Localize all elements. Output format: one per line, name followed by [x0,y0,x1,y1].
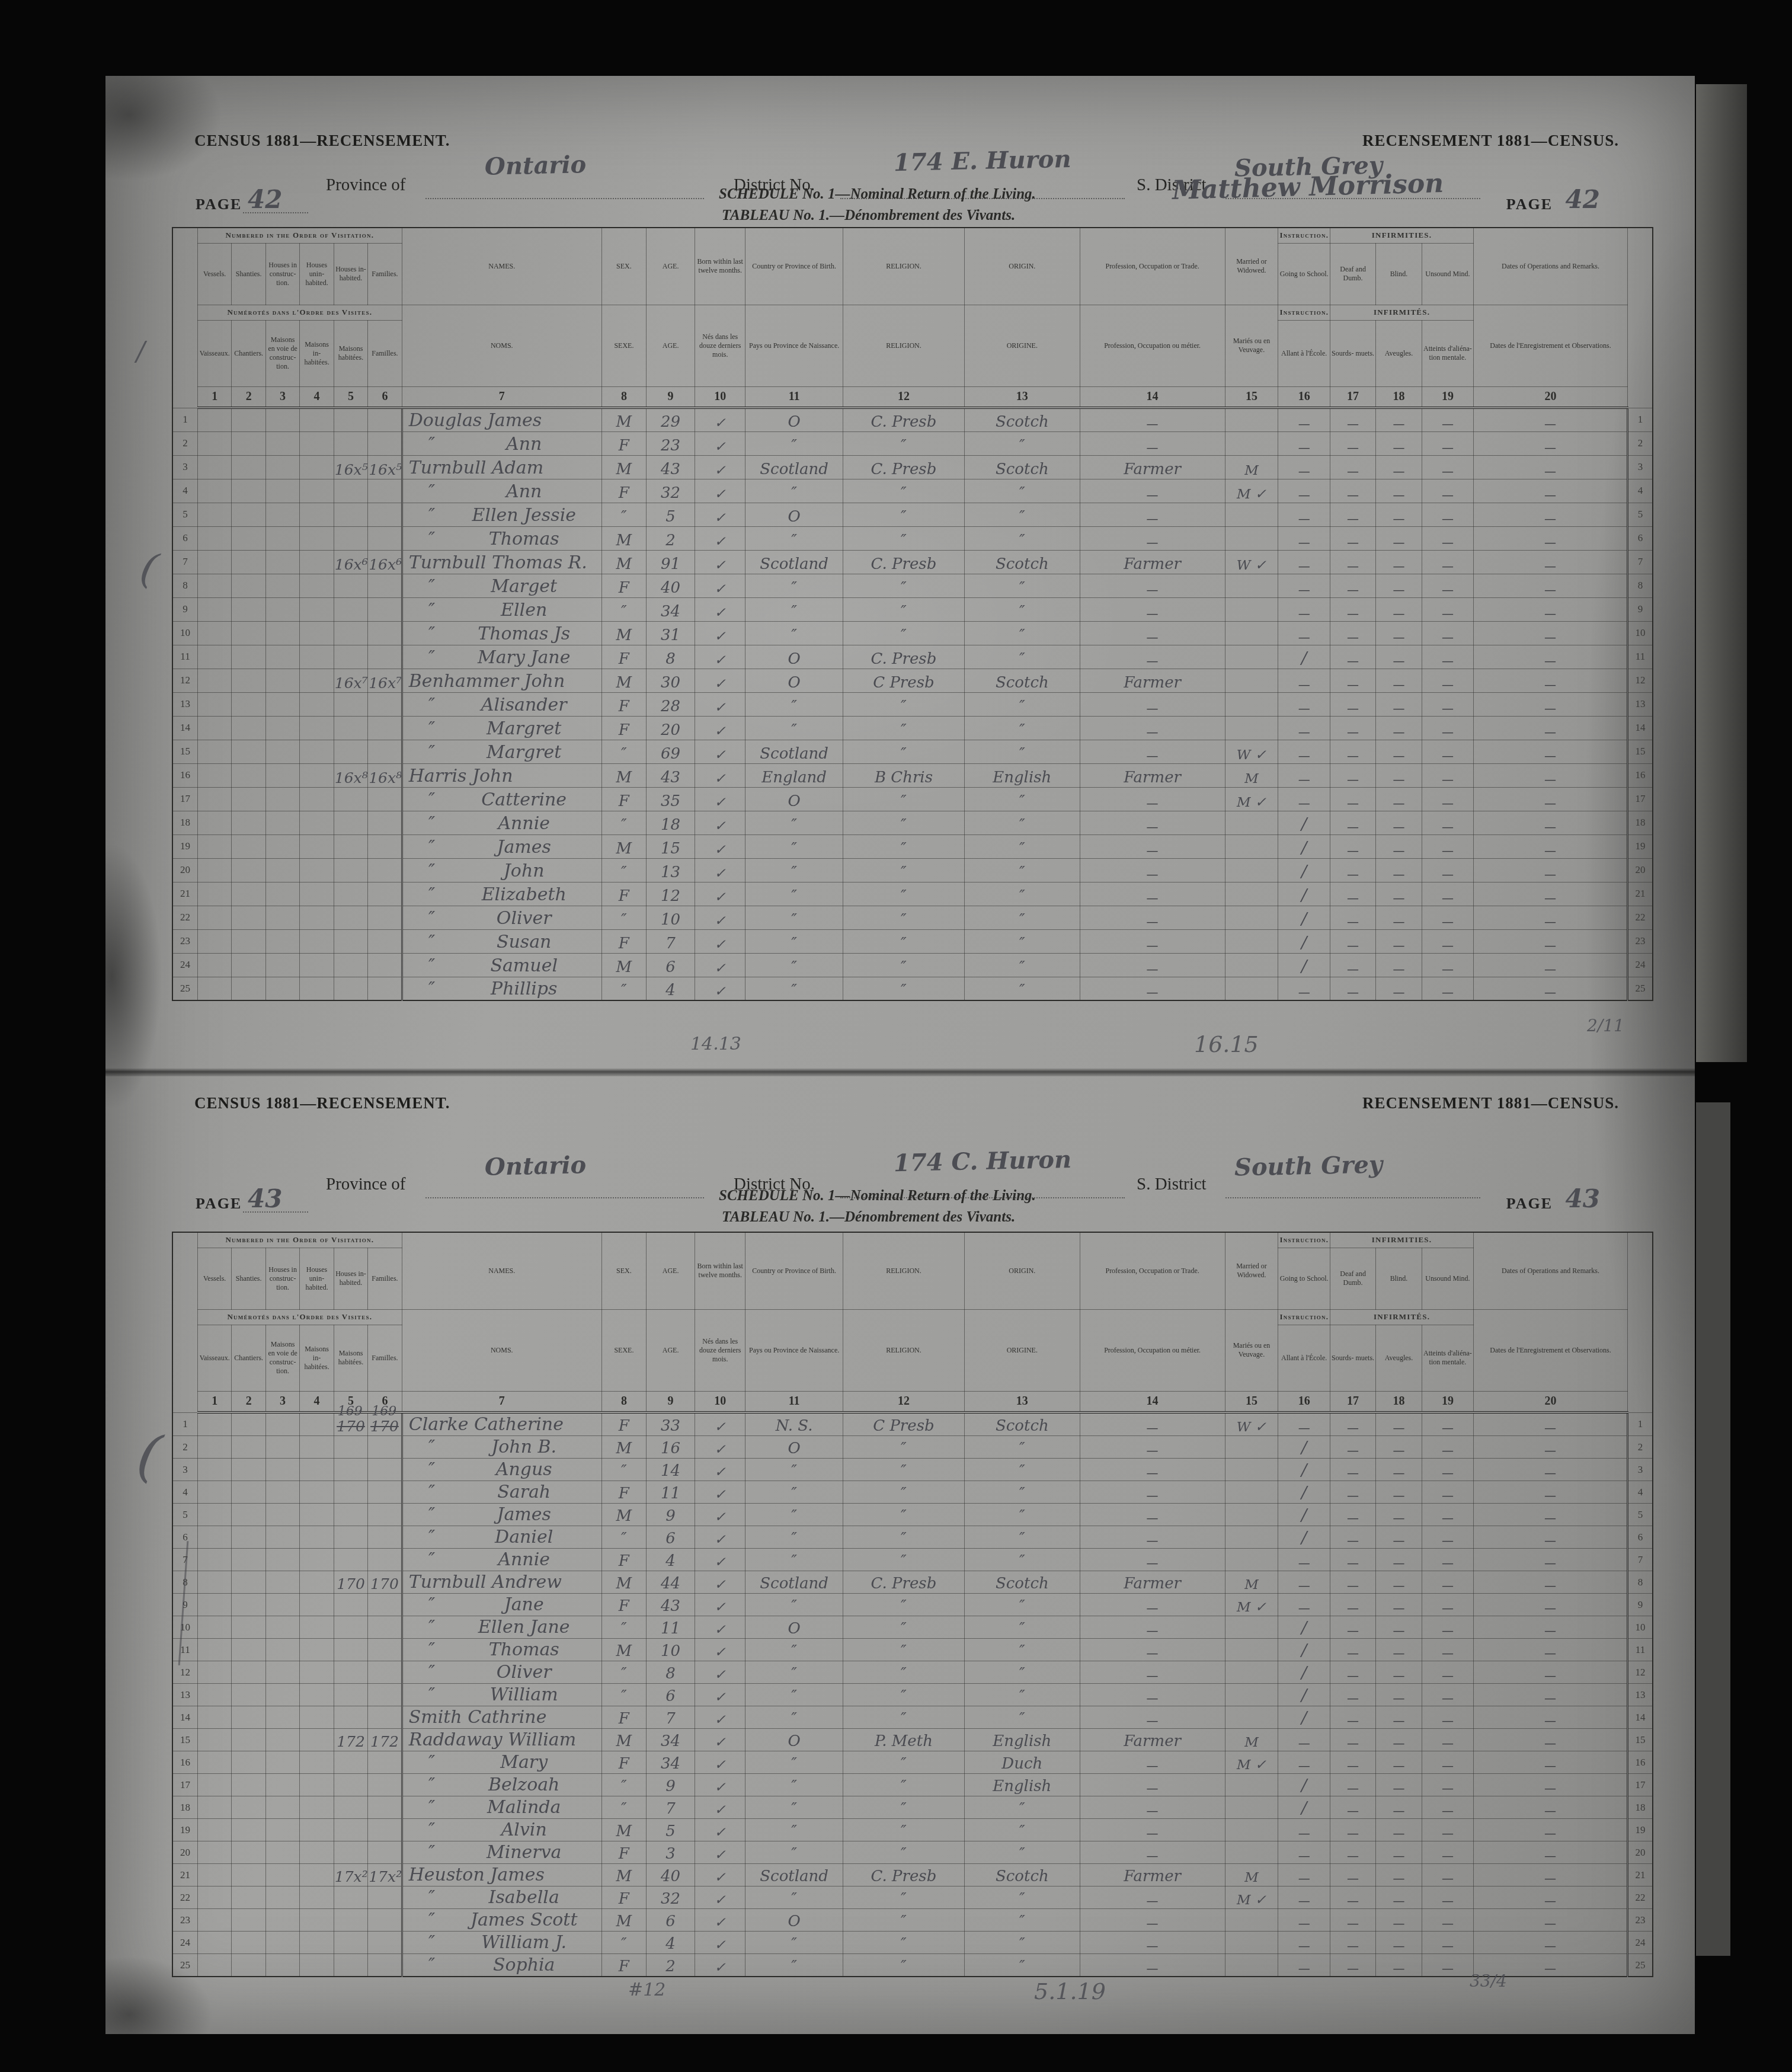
cell-family-number: 172 [368,1729,402,1751]
empty-cell [300,977,334,1000]
ditto-mark: ″ [409,908,455,929]
cell-birth-country: O [745,1616,843,1639]
cell-remarks: — [1474,1481,1628,1504]
empty-cell [232,621,265,645]
cell-age: 11 [646,1616,695,1639]
given-name: Thomas [455,1639,593,1660]
empty-cell [300,408,334,431]
cell-family-number [368,503,402,526]
struck-value: 170 [337,1418,365,1435]
cell-occupation: — [1080,431,1225,455]
census-record-row: 21″ElizabethF12✓″″″—/————21 [172,882,1653,906]
book-edge [1696,1102,1730,1956]
cell-origin: ″ [964,526,1080,550]
cell-unsound-mind: — [1422,763,1473,787]
census-record-row: 15172172Raddaway WilliamM34✓OP. MethEngl… [172,1729,1653,1751]
row-number-right: 23 [1627,929,1653,953]
ditto-mark: ″ [409,695,455,715]
corrected-value: 169 [338,1404,363,1419]
empty-cell [232,550,265,574]
row-number-right: 18 [1627,811,1653,834]
empty-cell [232,1504,265,1526]
cell-occupation: — [1080,882,1225,906]
cell-married-widowed [1225,597,1278,621]
cell-family-number [368,1594,402,1616]
cell-going-to-school: / [1278,1774,1330,1796]
cell-birth-country: ″ [745,597,843,621]
empty-cell [197,431,231,455]
cell-married-widowed: M [1225,763,1278,787]
cell-born-within-year: ✓ [695,834,745,858]
empty-cell [232,1886,265,1909]
cell-age: 16 [646,1436,695,1459]
row-number-right: 4 [1627,479,1653,503]
cell-religion: ″ [843,882,965,906]
cell-married-widowed: M [1225,1571,1278,1594]
cell-age: 2 [646,526,695,550]
cell-occupation: — [1080,1481,1225,1504]
cell-remarks: — [1474,1526,1628,1549]
cell-deaf-and-dumb: — [1330,1954,1375,1977]
census-record-row: 19″JamesM15✓″″″—/————19 [172,834,1653,858]
page-underline-left [243,1191,308,1213]
cell-origin: ″ [964,1616,1080,1639]
footer-annotation-center: 16.15 [1194,1031,1259,1057]
cell-born-within-year: ✓ [695,1504,745,1526]
empty-cell [265,1886,299,1909]
cell-birth-country: ″ [745,574,843,597]
cell-occupation: — [1080,1661,1225,1684]
col-header-fr-born: Nés dans les douze derniers mois. [695,1309,745,1391]
census-record-row: 4″AnnF32✓″″″—M ✓—————4 [172,479,1653,503]
cell-religion: ″ [843,479,965,503]
row-number-right: 7 [1627,1549,1653,1571]
cell-married-widowed: W ✓ [1225,1412,1278,1436]
empty-cell [265,929,299,953]
empty-cell [197,1841,231,1864]
cell-house-number [334,1661,367,1684]
col-header-sex: SEX. [601,228,646,305]
ditto-mark: ″ [409,529,455,549]
cell-remarks: — [1474,597,1628,621]
cell-occupation: — [1080,1954,1225,1977]
empty-cell [232,1661,265,1684]
row-number-left: 25 [172,1954,197,1977]
pencil-mark: ( [133,1421,166,1491]
empty-cell [265,1504,299,1526]
page-number-right: 43 [1566,1184,1600,1213]
cell-married-widowed [1225,811,1278,834]
schedule-line-fr: TABLEAU No. 1.—Dénombrement des Vivants. [722,1209,1015,1226]
empty-cell [300,882,334,906]
cell-unsound-mind: — [1422,1639,1473,1661]
empty-cell [197,716,231,740]
row-number-left: 20 [172,1841,197,1864]
cell-birth-country: ″ [745,431,843,455]
given-name: Alvin [455,1820,593,1840]
cell-born-within-year: ✓ [695,1706,745,1729]
cell-married-widowed [1225,408,1278,431]
cell-age: 34 [646,1751,695,1774]
given-name: Annie [455,813,593,834]
cell-age: 12 [646,882,695,906]
row-number-left: 18 [172,1796,197,1819]
cell-name: ″Minerva [402,1841,601,1864]
empty-cell [265,503,299,526]
empty-cell [232,716,265,740]
cell-age: 6 [646,1684,695,1706]
row-number-right: 11 [1627,645,1653,669]
infirmity-col-header-fr-2: Aveugles. [1376,320,1422,386]
empty-cell [300,597,334,621]
cell-married-widowed [1225,1684,1278,1706]
col-header-married: Married or Widowed. [1225,1232,1278,1309]
row-number-right: 2 [1627,1436,1653,1459]
col-header-fr-age: AGE. [646,305,695,386]
row-number-right: 12 [1627,1661,1653,1684]
cell-family-number [368,811,402,834]
census-record-row: 5″Ellen Jessie″5✓O″″——————5 [172,503,1653,526]
empty-cell [232,1932,265,1954]
cell-occupation: — [1080,929,1225,953]
given-name: Susan [455,932,593,952]
cell-going-to-school: — [1278,479,1330,503]
cell-origin: Scotch [964,669,1080,692]
row-number-left: 22 [172,906,197,929]
cell-remarks: — [1474,811,1628,834]
cell-name: ″Marget [402,574,601,597]
cell-age: 69 [646,740,695,763]
cell-deaf-and-dumb: — [1330,408,1375,431]
cell-house-number [334,1909,367,1932]
cell-remarks: — [1474,550,1628,574]
cell-age: 43 [646,763,695,787]
cell-married-widowed [1225,645,1278,669]
infirmity-col-header-fr-1: Sourds- muets. [1330,1325,1375,1391]
empty-cell [265,1954,299,1977]
cell-name: ″Thomas [402,1639,601,1661]
cell-religion: C. Presb [843,1571,965,1594]
given-name: Marget [455,576,593,597]
cell-going-to-school: — [1278,1909,1330,1932]
cell-remarks: — [1474,692,1628,716]
ditto-mark: ″ [409,1437,455,1457]
cell-remarks: — [1474,1886,1628,1909]
cell-married-widowed [1225,503,1278,526]
cell-sex: ″ [601,1526,646,1549]
empty-cell [265,1661,299,1684]
cell-deaf-and-dumb: — [1330,1886,1375,1909]
cell-family-number [368,1796,402,1819]
empty-cell [232,1684,265,1706]
given-name: Belzoah [455,1774,593,1795]
given-name: Isabella [455,1887,593,1908]
cell-going-to-school: / [1278,882,1330,906]
cell-occupation: — [1080,479,1225,503]
cell-birth-country: O [745,669,843,692]
cell-unsound-mind: — [1422,1436,1473,1459]
column-number-12: 12 [843,386,965,408]
col-header-fr-married: Mariés ou en Veuvage. [1225,305,1278,386]
cell-occupation: Farmer [1080,1729,1225,1751]
cell-name: Turnbull Andrew [402,1571,601,1594]
cell-name: ″Jane [402,1594,601,1616]
cell-origin: ″ [964,431,1080,455]
empty-cell [232,929,265,953]
empty-cell [197,1729,231,1751]
col-header-remarks: Dates of Operations and Remarks. [1474,1232,1628,1309]
row-number-left: 13 [172,692,197,716]
sdistrict-underline [1225,1175,1480,1198]
cell-birth-country: ″ [745,977,843,1000]
cell-born-within-year: ✓ [695,621,745,645]
cell-married-widowed [1225,1909,1278,1932]
cell-sex: ″ [601,811,646,834]
cell-house-number: 16x⁸ [334,763,367,787]
cell-occupation: — [1080,1639,1225,1661]
cell-origin: ″ [964,1661,1080,1684]
empty-cell [265,669,299,692]
empty-cell [300,1841,334,1864]
cell-remarks: — [1474,1819,1628,1841]
census-record-row: 22″Oliver″10✓″″″—/————22 [172,906,1653,929]
col-header-fr-sex: SEXE. [601,305,646,386]
cell-blind: — [1376,929,1422,953]
cell-religion: ″ [843,1796,965,1819]
cell-going-to-school: / [1278,1436,1330,1459]
empty-cell [265,882,299,906]
cell-sex: ″ [601,977,646,1000]
cell-deaf-and-dumb: — [1330,550,1375,574]
row-number-right: 8 [1627,1571,1653,1594]
empty-cell [197,526,231,550]
cell-unsound-mind: — [1422,597,1473,621]
visit-col-header-fr-1: Vaisseaux. [197,1325,231,1391]
cell-going-to-school: — [1278,408,1330,431]
cell-deaf-and-dumb: — [1330,1571,1375,1594]
cell-remarks: — [1474,787,1628,811]
col-header-born: Born within last twelve months. [695,1232,745,1309]
cell-deaf-and-dumb: — [1330,858,1375,882]
cell-remarks: — [1474,503,1628,526]
cell-occupation: — [1080,787,1225,811]
cell-deaf-and-dumb: — [1330,1684,1375,1706]
cell-name: Harris John [402,763,601,787]
row-number-right: 1 [1627,408,1653,431]
cell-remarks: — [1474,1864,1628,1886]
cell-married-widowed: M ✓ [1225,479,1278,503]
row-number-right: 24 [1627,953,1653,977]
cell-family-number: 16x⁶ [368,550,402,574]
cell-sex: M [601,550,646,574]
row-number-left: 2 [172,431,197,455]
cell-occupation: — [1080,1549,1225,1571]
cell-name: ″Mary [402,1751,601,1774]
cell-unsound-mind: — [1422,1661,1473,1684]
empty-cell [232,1706,265,1729]
cell-family-number [368,716,402,740]
empty-cell [232,1571,265,1594]
cell-family-number [368,1549,402,1571]
cell-birth-country: Scotland [745,1571,843,1594]
cell-birth-country: ″ [745,1886,843,1909]
cell-occupation: Farmer [1080,1864,1225,1886]
col-header-fr-religion: RELIGION. [843,305,965,386]
cell-married-widowed [1225,929,1278,953]
cell-origin: ″ [964,1504,1080,1526]
empty-cell [232,787,265,811]
census-record-row: 9″Ellen″34✓″″″——————9 [172,597,1653,621]
cell-age: 28 [646,692,695,716]
empty-cell [265,597,299,621]
cell-religion: ″ [843,1661,965,1684]
given-name: Margret [455,718,593,739]
col-header-fr-school: Allant à l'École. [1278,320,1330,386]
infirmity-col-header-2: Blind. [1376,243,1422,305]
row-number-left: 5 [172,503,197,526]
row-number-right: 20 [1627,858,1653,882]
ditto-mark: ″ [409,1910,455,1930]
given-name: James [455,1504,593,1525]
row-number-right: 10 [1627,621,1653,645]
cell-origin: ″ [964,929,1080,953]
empty-cell [265,431,299,455]
column-number-9: 9 [646,1391,695,1412]
cell-married-widowed [1225,669,1278,692]
cell-sex: ″ [601,597,646,621]
cell-sex: F [601,1751,646,1774]
given-name: Ann [455,481,593,502]
cell-age: 6 [646,1526,695,1549]
cell-deaf-and-dumb: — [1330,574,1375,597]
cell-house-number [334,1796,367,1819]
cell-unsound-mind: — [1422,858,1473,882]
census-record-row: 20″MinervaF3✓″″″——————20 [172,1841,1653,1864]
empty-cell [265,858,299,882]
cell-house-number [334,1706,367,1729]
cell-origin: ″ [964,1819,1080,1841]
cell-unsound-mind: — [1422,1954,1473,1977]
cell-blind: — [1376,763,1422,787]
cell-occupation: — [1080,1459,1225,1481]
col-header-country: Country or Province of Birth. [745,228,843,305]
empty-cell [232,1796,265,1819]
cell-religion: ″ [843,574,965,597]
empty-cell [300,1954,334,1977]
cell-religion: ″ [843,1706,965,1729]
census-record-row: 316x⁵16x⁵Turnbull AdamM43✓ScotlandC. Pre… [172,455,1653,479]
cell-birth-country: ″ [745,1459,843,1481]
cell-deaf-and-dumb: — [1330,1661,1375,1684]
cell-sex: M [601,1504,646,1526]
empty-cell [265,716,299,740]
cell-origin: ″ [964,1954,1080,1977]
cell-unsound-mind: — [1422,1751,1473,1774]
row-number-left: 14 [172,716,197,740]
row-number-left: 9 [172,597,197,621]
empty-cell [197,1796,231,1819]
empty-cell [300,1594,334,1616]
cell-house-number [334,1526,367,1549]
cell-occupation: — [1080,1594,1225,1616]
col-header-fr-school: Allant à l'École. [1278,1325,1330,1391]
cell-married-widowed [1225,1481,1278,1504]
instruction-group-fr: Instruction. [1278,1309,1330,1325]
empty-cell [197,669,231,692]
cell-family-number: 16x⁷ [368,669,402,692]
cell-blind: — [1376,1706,1422,1729]
cell-house-number [334,787,367,811]
ditto-mark: ″ [409,1594,455,1615]
cell-religion: ″ [843,1751,965,1774]
given-name: Mary [455,1752,593,1773]
infirmities-group-fr: INFIRMITÉS. [1330,305,1473,320]
cell-house-number [334,1459,367,1481]
cell-sex: ″ [601,1459,646,1481]
column-number-18: 18 [1376,386,1422,408]
cell-sex: ″ [601,1796,646,1819]
cell-born-within-year: ✓ [695,479,745,503]
cell-origin: ″ [964,574,1080,597]
cell-remarks: — [1474,763,1628,787]
cell-age: 30 [646,669,695,692]
cell-deaf-and-dumb: — [1330,455,1375,479]
empty-cell [300,740,334,763]
cell-birth-country: ″ [745,1841,843,1864]
ditto-mark: ″ [409,1459,455,1480]
cell-house-number [334,479,367,503]
column-number-17: 17 [1330,1391,1375,1412]
cell-birth-country: ″ [745,929,843,953]
row-number-left: 5 [172,1504,197,1526]
column-number-5: 5 [334,386,367,408]
col-header-fr-profession: Profession, Occupation ou métier. [1080,1309,1225,1391]
census-record-row: 10″Ellen Jane″11✓O″″—/————10 [172,1616,1653,1639]
census-record-row: 1616x⁸16x⁸Harris JohnM43✓EnglandB ChrisE… [172,763,1653,787]
cell-religion: ″ [843,1436,965,1459]
ditto-mark: ″ [409,1662,455,1683]
cell-born-within-year: ✓ [695,692,745,716]
empty-cell [197,906,231,929]
cell-remarks: — [1474,929,1628,953]
cell-born-within-year: ✓ [695,1774,745,1796]
corrected-value: 169 [372,1404,396,1419]
cell-name: ″Daniel [402,1526,601,1549]
cell-sex: M [601,1819,646,1841]
row-number-left: 21 [172,1864,197,1886]
cell-blind: — [1376,431,1422,455]
cell-age: 5 [646,503,695,526]
cell-going-to-school: / [1278,834,1330,858]
given-name: Oliver [455,908,593,929]
cell-house-number [334,408,367,431]
census-record-row: 14Smith CathrineF7✓″″″—/————14 [172,1706,1653,1729]
cell-family-number [368,1909,402,1932]
cell-sex: F [601,479,646,503]
cell-sex: F [601,882,646,906]
schedule-line-fr: TABLEAU No. 1.—Dénombrement des Vivants. [722,207,1015,224]
census-record-row: 2″John B.M16✓O″″—/————2 [172,1436,1653,1459]
row-number-right: 3 [1627,455,1653,479]
district-value: 174 C. Huron [894,1146,1072,1177]
cell-unsound-mind: — [1422,1841,1473,1864]
cell-age: 5 [646,1819,695,1841]
row-number-right: 6 [1627,1526,1653,1549]
footer-annotation-center: 5.1.19 [1034,1978,1106,2004]
row-number-right: 14 [1627,1706,1653,1729]
empty-cell [300,574,334,597]
cell-remarks: — [1474,858,1628,882]
